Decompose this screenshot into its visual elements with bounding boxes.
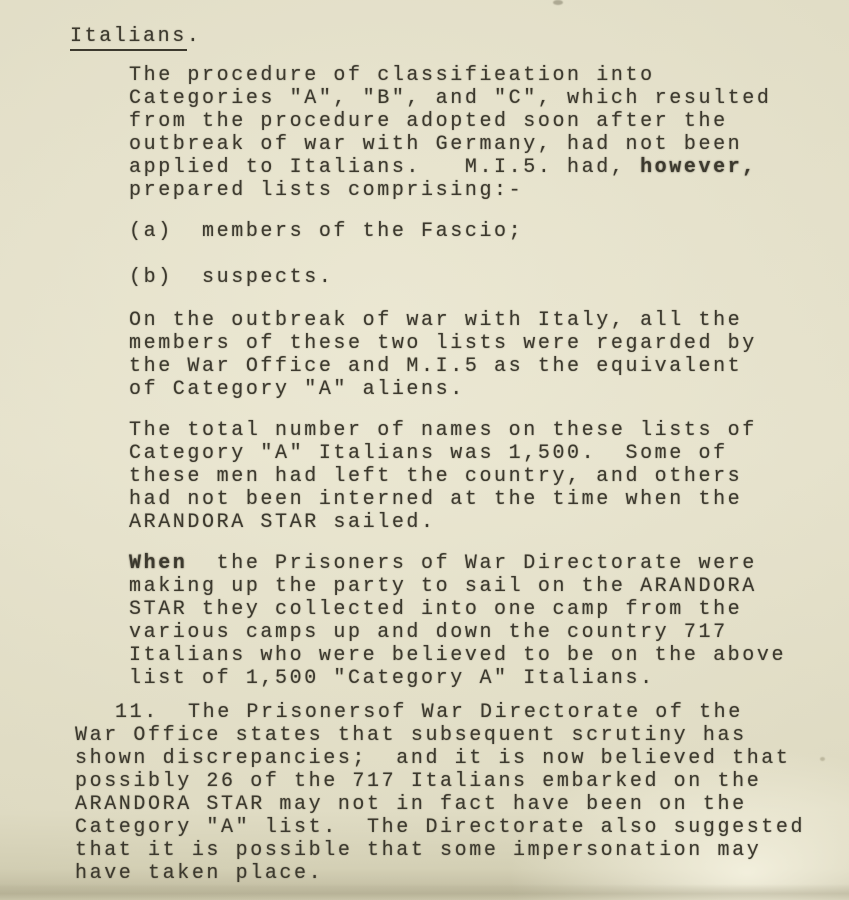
paragraph-classification-procedure: The procedure of classifieation into Cat…	[129, 64, 829, 202]
paragraph-outbreak-war-italy: On the outbreak of war with Italy, all t…	[129, 309, 829, 401]
page-edge-shadow	[0, 884, 849, 900]
paragraph-pow-directorate-party: When the Prisoners of War Directorate we…	[129, 552, 839, 690]
paragraph-text: the Prisoners of War Directorate were ma…	[129, 552, 786, 690]
section-heading: Italians.	[70, 25, 201, 48]
paragraph-total-names-lists: The total number of names on these lists…	[129, 419, 829, 534]
section-heading-text: Italians	[70, 25, 187, 51]
paragraph-text: prepared lists comprising:-	[129, 179, 523, 202]
document-page: Italians. The procedure of classifieatio…	[0, 0, 849, 900]
list-item-a-fascio: (a) members of the Fascio;	[129, 220, 829, 243]
bold-word-however: however,	[640, 156, 757, 179]
list-item-b-suspects: (b) suspects.	[129, 266, 829, 289]
section-heading-period: .	[187, 25, 202, 48]
bold-word-when: When	[129, 552, 187, 575]
paper-speck-top	[553, 0, 563, 5]
paragraph-11-discrepancies: 11. The Prisonersof War Directorate of t…	[75, 701, 835, 885]
